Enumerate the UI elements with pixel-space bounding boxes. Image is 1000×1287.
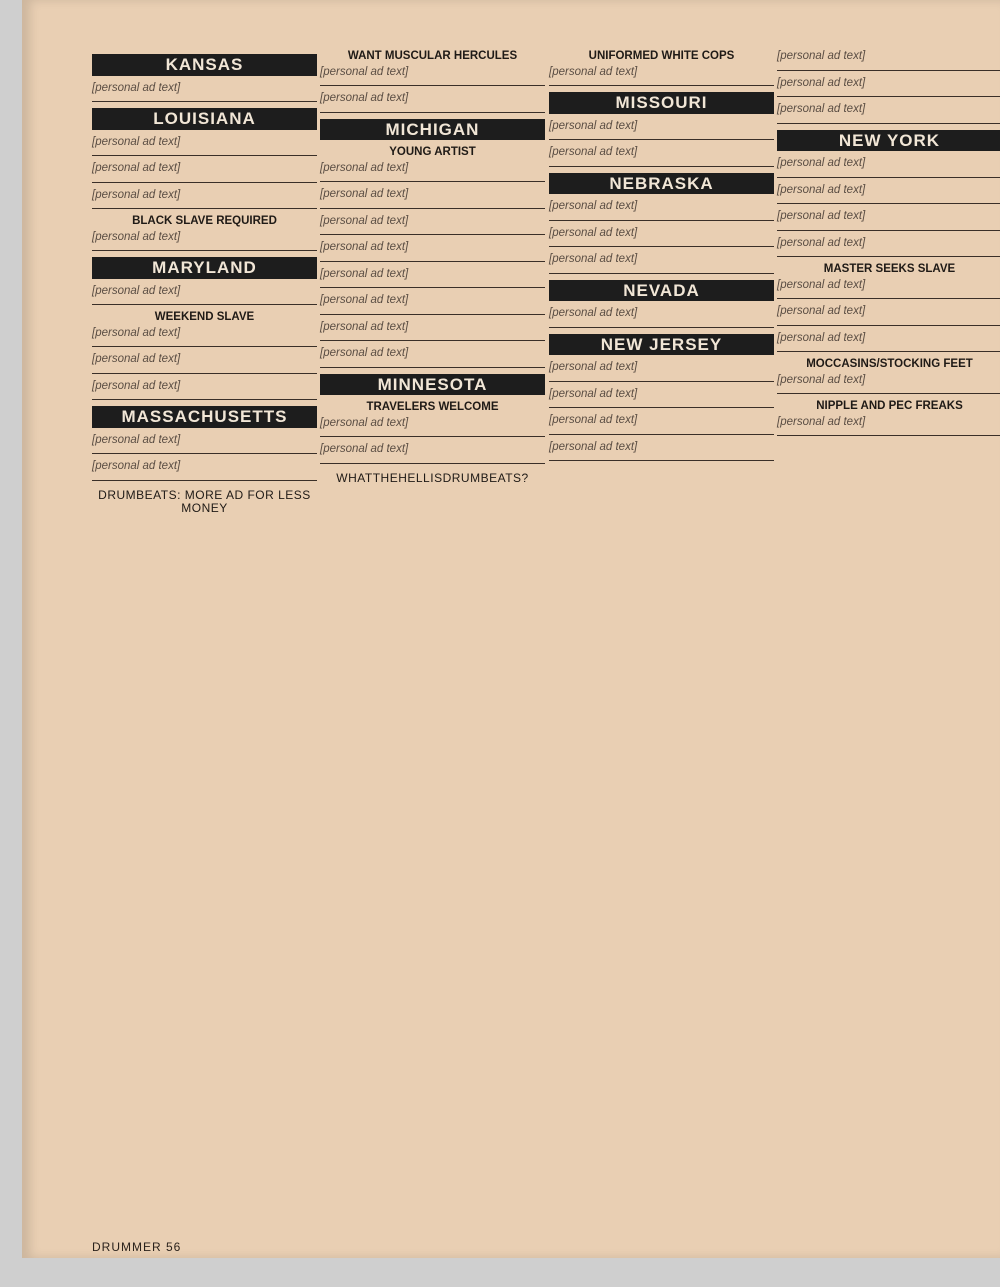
ad-body: [personal ad text]	[320, 321, 408, 333]
classified-ad: [personal ad text]	[320, 347, 545, 368]
classified-ad: [personal ad text]	[320, 92, 545, 113]
section-header: MASSACHUSETTS	[92, 406, 317, 428]
classified-ad: MOCCASINS/STOCKING FEET[personal ad text…	[777, 358, 1000, 394]
ad-body: [personal ad text]	[777, 416, 865, 428]
ad-body: [personal ad text]	[320, 443, 408, 455]
ad-body: [personal ad text]	[777, 210, 865, 222]
classified-ad: WEEKEND SLAVE[personal ad text]	[92, 311, 317, 347]
classified-ad: [personal ad text]	[777, 210, 1000, 231]
classified-ad: NIPPLE AND PEC FREAKS[personal ad text]	[777, 400, 1000, 436]
classified-ad: [personal ad text]	[777, 305, 1000, 326]
ad-title: BLACK SLAVE REQUIRED	[92, 215, 317, 229]
classified-ad: [personal ad text]	[549, 361, 774, 382]
classified-ad: [personal ad text]	[549, 120, 774, 141]
classified-ad: [personal ad text]	[320, 321, 545, 342]
column-footer-note: WHATTHEHELLISDRUMBEATS?	[320, 472, 545, 486]
ad-body: [personal ad text]	[320, 241, 408, 253]
ad-body: [personal ad text]	[549, 361, 637, 373]
ad-body: [personal ad text]	[777, 374, 865, 386]
ad-body: [personal ad text]	[777, 332, 865, 344]
ad-body: [personal ad text]	[92, 189, 180, 201]
ad-body: [personal ad text]	[320, 215, 408, 227]
magazine-page: KANSAS[personal ad text]LOUISIANA[person…	[22, 0, 1000, 1258]
ad-body: [personal ad text]	[92, 380, 180, 392]
ad-body: [personal ad text]	[92, 434, 180, 446]
ad-body: [personal ad text]	[320, 66, 408, 78]
ad-title: MOCCASINS/STOCKING FEET	[777, 358, 1000, 372]
classified-ad: [personal ad text]	[92, 189, 317, 210]
classified-ad: BLACK SLAVE REQUIRED[personal ad text]	[92, 215, 317, 251]
section-header: NEBRASKA	[549, 173, 774, 195]
ad-title: MASTER SEEKS SLAVE	[777, 263, 1000, 277]
classified-ad: [personal ad text]	[92, 82, 317, 103]
ad-body: [personal ad text]	[320, 268, 408, 280]
column-2: WANT MUSCULAR HERCULES[personal ad text]…	[320, 50, 545, 485]
column-3: UNIFORMED WHITE COPS[personal ad text]MI…	[549, 50, 774, 467]
classified-ad: [personal ad text]	[320, 241, 545, 262]
ad-title: YOUNG ARTIST	[320, 146, 545, 160]
classified-ad: [personal ad text]	[777, 237, 1000, 258]
classified-ad: [personal ad text]	[549, 307, 774, 328]
ad-body: [personal ad text]	[549, 200, 637, 212]
ad-title: TRAVELERS WELCOME	[320, 401, 545, 415]
ad-body: [personal ad text]	[320, 347, 408, 359]
classified-ad: MASTER SEEKS SLAVE[personal ad text]	[777, 263, 1000, 299]
classified-ad: WANT MUSCULAR HERCULES[personal ad text]	[320, 50, 545, 86]
ad-body: [personal ad text]	[777, 103, 865, 115]
classified-ad: [personal ad text]	[549, 441, 774, 462]
classified-ad: [personal ad text]	[549, 253, 774, 274]
ad-body: [personal ad text]	[92, 231, 180, 243]
ad-body: [personal ad text]	[92, 162, 180, 174]
classified-ad: [personal ad text]	[320, 294, 545, 315]
ad-body: [personal ad text]	[320, 417, 408, 429]
classified-ad: TRAVELERS WELCOME[personal ad text]	[320, 401, 545, 437]
classified-ad: [personal ad text]	[549, 414, 774, 435]
classified-ad: [personal ad text]	[92, 285, 317, 306]
section-header: NEW YORK	[777, 130, 1000, 152]
ad-body: [personal ad text]	[549, 120, 637, 132]
ad-body: [personal ad text]	[92, 327, 180, 339]
ad-body: [personal ad text]	[92, 285, 180, 297]
column-footer-note: DRUMBEATS: MORE AD FOR LESS MONEY	[92, 489, 317, 516]
ad-body: [personal ad text]	[320, 92, 408, 104]
classified-ad: [personal ad text]	[777, 50, 1000, 71]
ad-body: [personal ad text]	[320, 162, 408, 174]
classified-ad: [personal ad text]	[92, 460, 317, 481]
classified-ad: [personal ad text]	[320, 188, 545, 209]
ad-body: [personal ad text]	[92, 460, 180, 472]
ad-body: [personal ad text]	[92, 136, 180, 148]
classified-ad: [personal ad text]	[92, 434, 317, 455]
classified-ad: [personal ad text]	[777, 103, 1000, 124]
section-header: MICHIGAN	[320, 119, 545, 141]
classified-ad: [personal ad text]	[777, 184, 1000, 205]
classified-ad: [personal ad text]	[320, 443, 545, 464]
classified-ad: [personal ad text]	[777, 157, 1000, 178]
classified-ad: [personal ad text]	[777, 332, 1000, 353]
ad-body: [personal ad text]	[777, 305, 865, 317]
ad-body: [personal ad text]	[92, 82, 180, 94]
classified-ad: [personal ad text]	[549, 388, 774, 409]
classified-ad: [personal ad text]	[92, 380, 317, 401]
ad-body: [personal ad text]	[777, 279, 865, 291]
ad-body: [personal ad text]	[777, 50, 865, 62]
classified-ad: YOUNG ARTIST[personal ad text]	[320, 146, 545, 182]
ad-body: [personal ad text]	[549, 146, 637, 158]
ad-body: [personal ad text]	[320, 294, 408, 306]
ad-title: WEEKEND SLAVE	[92, 311, 317, 325]
ad-body: [personal ad text]	[549, 414, 637, 426]
section-header: LOUISIANA	[92, 108, 317, 130]
section-header: KANSAS	[92, 54, 317, 76]
ad-body: [personal ad text]	[549, 307, 637, 319]
ad-title: NIPPLE AND PEC FREAKS	[777, 400, 1000, 414]
column-1: KANSAS[personal ad text]LOUISIANA[person…	[92, 50, 317, 516]
column-4: [personal ad text][personal ad text][per…	[777, 50, 1000, 442]
ad-body: [personal ad text]	[549, 66, 637, 78]
ad-body: [personal ad text]	[549, 253, 637, 265]
section-header: MISSOURI	[549, 92, 774, 114]
classified-ad: [personal ad text]	[92, 136, 317, 157]
classified-ad: UNIFORMED WHITE COPS[personal ad text]	[549, 50, 774, 86]
classified-ad: [personal ad text]	[777, 77, 1000, 98]
classified-ad: [personal ad text]	[320, 215, 545, 236]
section-header: NEW JERSEY	[549, 334, 774, 356]
ad-body: [personal ad text]	[777, 184, 865, 196]
classified-ad: [personal ad text]	[92, 162, 317, 183]
classified-ad: [personal ad text]	[92, 353, 317, 374]
classified-ad: [personal ad text]	[549, 146, 774, 167]
ad-body: [personal ad text]	[92, 353, 180, 365]
section-header: MARYLAND	[92, 257, 317, 279]
classified-ad: [personal ad text]	[320, 268, 545, 289]
section-header: MINNESOTA	[320, 374, 545, 396]
classified-ad: [personal ad text]	[549, 200, 774, 221]
ad-body: [personal ad text]	[549, 441, 637, 453]
ad-body: [personal ad text]	[549, 227, 637, 239]
ad-body: [personal ad text]	[777, 157, 865, 169]
page-label: DRUMMER 56	[92, 1240, 181, 1254]
section-header: NEVADA	[549, 280, 774, 302]
ad-body: [personal ad text]	[320, 188, 408, 200]
ad-title: WANT MUSCULAR HERCULES	[320, 50, 545, 64]
ad-body: [personal ad text]	[777, 77, 865, 89]
classified-ad: [personal ad text]	[549, 227, 774, 248]
ad-body: [personal ad text]	[777, 237, 865, 249]
ad-body: [personal ad text]	[549, 388, 637, 400]
ad-title: UNIFORMED WHITE COPS	[549, 50, 774, 64]
